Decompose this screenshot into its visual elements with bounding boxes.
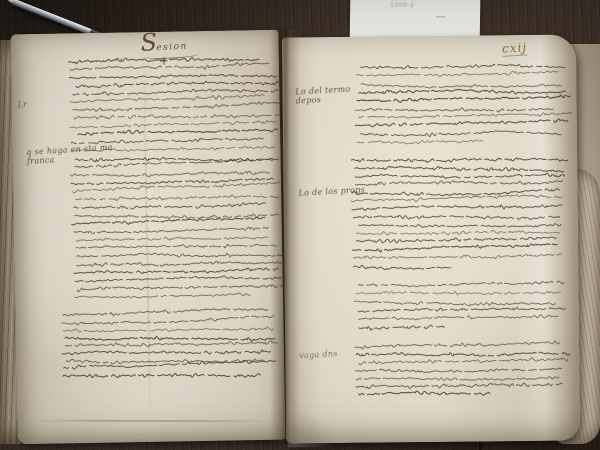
left-page: Sesion + Lr q se haga en sta ma franca [10,30,285,445]
slip-dash-mark [436,16,445,17]
handwriting-ink-right [282,34,580,443]
right-page: cxij Lo del termo depos Lo de los props … [282,34,580,443]
gutter-shadow [270,30,300,444]
slip-note-line: 1500-2 [390,2,414,9]
manuscript-photo: 1513-25 1500-2 Sesion + Lr q se haga en … [0,0,600,450]
